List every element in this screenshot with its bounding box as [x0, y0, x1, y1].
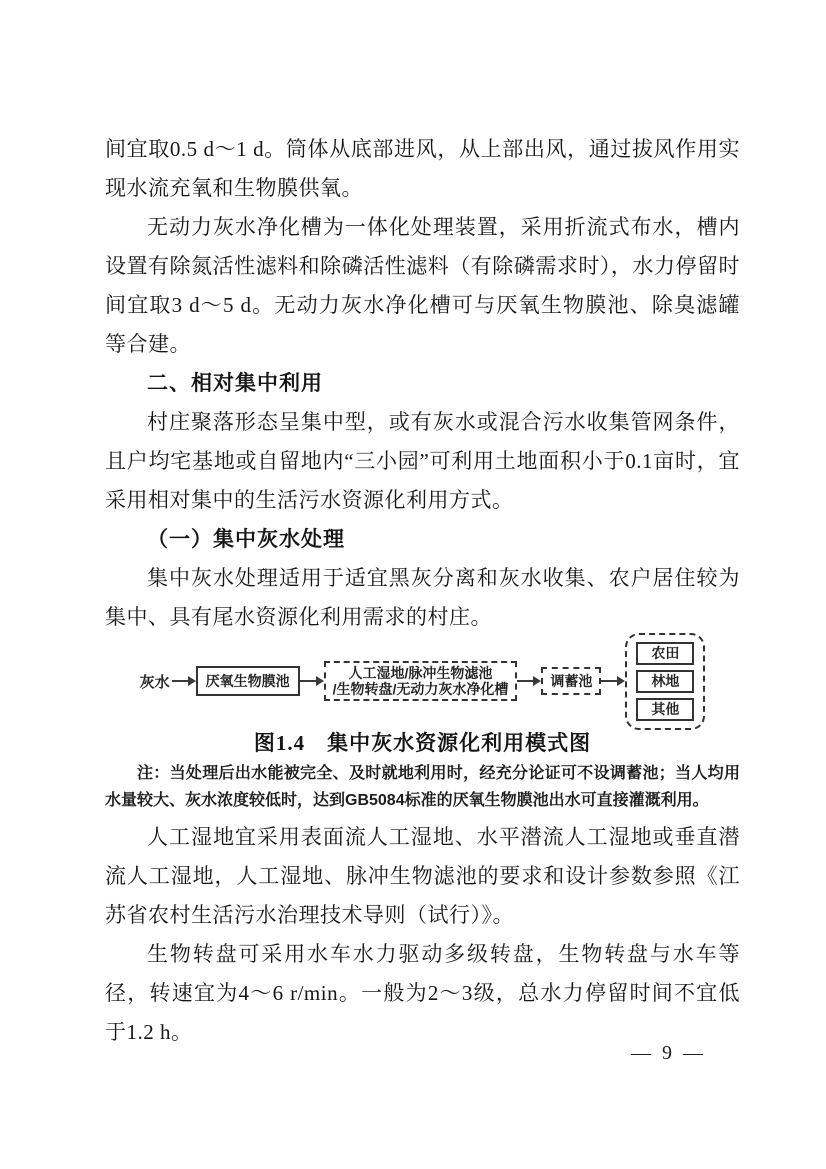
paragraph-p1: 间宜取0.5 d～1 d。筒体从底部进风，从上部出风，通过拔风作用实现水流充氧和… — [105, 130, 740, 208]
paragraph-p2: 无动力灰水净化槽为一体化处理装置，采用折流式布水，槽内设置有除氮活性滤料和除磷活… — [105, 208, 740, 364]
arrow-right-icon — [300, 680, 318, 682]
figure-caption: 图1.4 集中灰水资源化利用模式图 — [105, 728, 740, 758]
flow-box-treatment-options: 人工湿地/脉冲生物滤池 /生物转盘/无动力灰水净化槽 — [324, 661, 518, 701]
arrow-right-icon — [517, 680, 535, 682]
figure-1-4: 灰水 厌氧生物膜池 人工湿地/脉冲生物滤池 /生物转盘/无动力灰水净化槽 调蓄池… — [105, 639, 740, 758]
flow-destination-farmland: 农田 — [636, 642, 694, 665]
paragraph-p5: 人工湿地宜采用表面流人工湿地、水平潜流人工湿地或垂直潜流人工湿地，人工湿地、脉冲… — [105, 818, 740, 935]
subsection-heading: （一）集中灰水处理 — [105, 520, 740, 559]
flow-box-storage-tank: 调蓄池 — [541, 667, 601, 695]
flow-box-anaerobic-biofilm-tank: 厌氧生物膜池 — [196, 666, 300, 696]
flow-destination-group: 农田 林地 其他 — [625, 633, 705, 730]
flow-diagram: 灰水 厌氧生物膜池 人工湿地/脉冲生物滤池 /生物转盘/无动力灰水净化槽 调蓄池… — [105, 639, 740, 723]
flow-input-label: 灰水 — [140, 671, 170, 692]
document-page: 间宜取0.5 d～1 d。筒体从底部进风，从上部出风，通过拔风作用实现水流充氧和… — [0, 0, 826, 1169]
section-heading: 二、相对集中利用 — [105, 364, 740, 403]
arrow-right-icon — [172, 680, 190, 682]
arrow-right-icon — [601, 680, 619, 682]
flow-box-treatment-line2: /生物转盘/无动力灰水净化槽 — [333, 681, 509, 697]
paragraph-p4: 集中灰水处理适用于适宜黑灰分离和灰水收集、农户居住较为集中、具有尾水资源化利用需… — [105, 559, 740, 637]
flow-destination-other: 其他 — [636, 698, 694, 721]
page-number: — 9 — — [631, 1042, 706, 1065]
flow-destination-forest: 林地 — [636, 670, 694, 693]
paragraph-p6: 生物转盘可采用水车水力驱动多级转盘，生物转盘与水车等径，转速宜为4～6 r/mi… — [105, 935, 740, 1052]
paragraph-p3: 村庄聚落形态呈集中型，或有灰水或混合污水收集管网条件，且户均宅基地或自留地内“三… — [105, 403, 740, 520]
figure-note: 注：当处理后出水能被完全、及时就地利用时，经充分论证可不设调蓄池；当人均用水量较… — [105, 760, 740, 814]
flow-box-treatment-line1: 人工湿地/脉冲生物滤池 — [333, 665, 509, 681]
